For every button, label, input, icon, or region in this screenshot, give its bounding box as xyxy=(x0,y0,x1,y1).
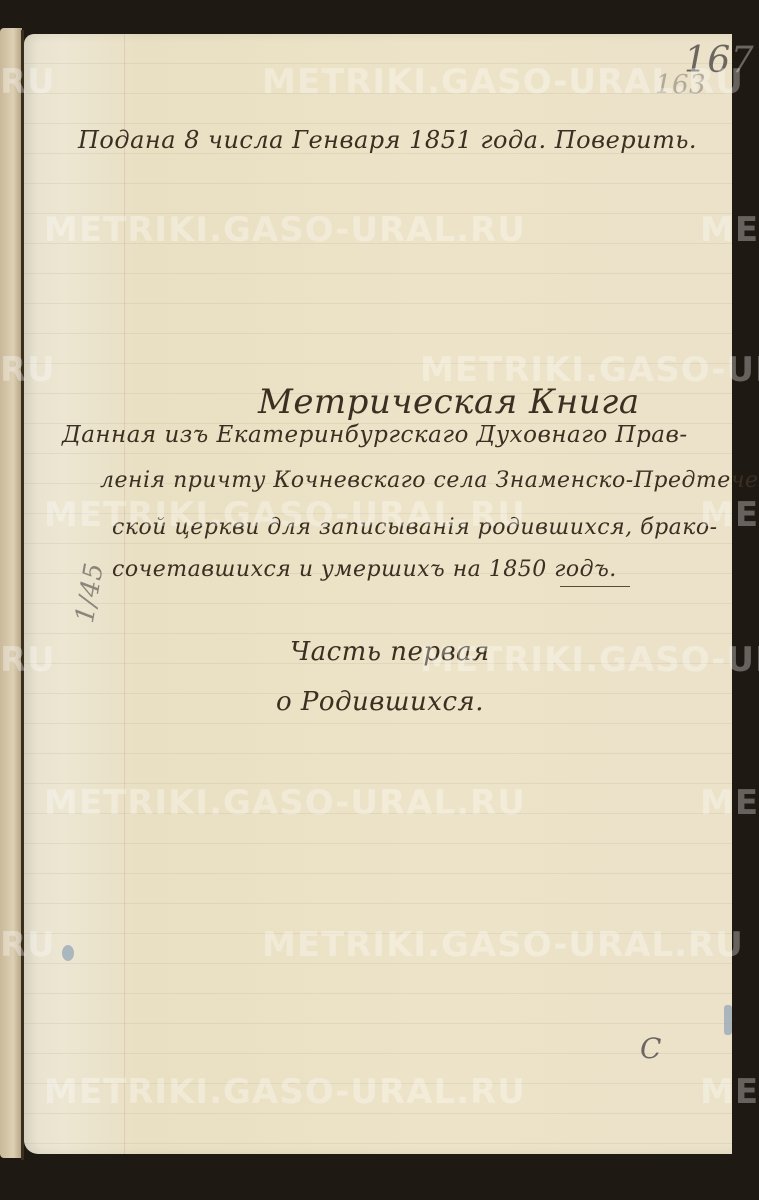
body-line-1: Данная изъ Екатеринбургскаго Духовнаго П… xyxy=(62,422,688,448)
page-fold-line xyxy=(124,34,125,1154)
watermark-fragment: METI xyxy=(700,495,759,535)
body-line-4: сочетавшихся и умершихъ на 1850 годъ. xyxy=(112,557,617,582)
watermark: METRIKI.GASO-URAL.RU xyxy=(262,62,744,102)
watermark-fragment: METI xyxy=(700,783,759,823)
pencil-mark-bottom: С xyxy=(640,1032,662,1065)
part-subtitle: о Родившихся. xyxy=(276,687,484,717)
watermark: METRIKI.GASO-URAL.RU xyxy=(44,210,526,250)
watermark: METRIKI.GASO-URAL.RU xyxy=(44,783,526,823)
ruled-lines xyxy=(24,34,732,1154)
watermark-fragment: RU xyxy=(0,925,56,965)
watermark: METRIKI.GASO-URAL.RU xyxy=(420,640,759,680)
watermark-fragment: RU xyxy=(0,640,56,680)
watermark: METRIKI.GASO-URAL.RU xyxy=(420,350,759,390)
watermark-fragment: RU xyxy=(0,350,56,390)
body-line-2: ленія причту Кочневскаго села Знаменско-… xyxy=(100,468,759,493)
watermark-fragment: RU xyxy=(0,62,56,102)
watermark-fragment: METI xyxy=(700,1072,759,1112)
watermark-fragment: METI xyxy=(700,210,759,250)
year-underline xyxy=(560,586,630,587)
header-note: Подана 8 числа Генваря 1851 года. Повери… xyxy=(78,126,697,154)
watermark: METRIKI.GASO-URAL.RU xyxy=(262,925,744,965)
document-page xyxy=(24,34,732,1154)
ink-stain xyxy=(724,1005,732,1035)
watermark: METRIKI.GASO-URAL.RU xyxy=(44,495,526,535)
watermark: METRIKI.GASO-URAL.RU xyxy=(44,1072,526,1112)
left-page-edge xyxy=(0,28,22,1158)
ink-stain xyxy=(62,945,74,961)
